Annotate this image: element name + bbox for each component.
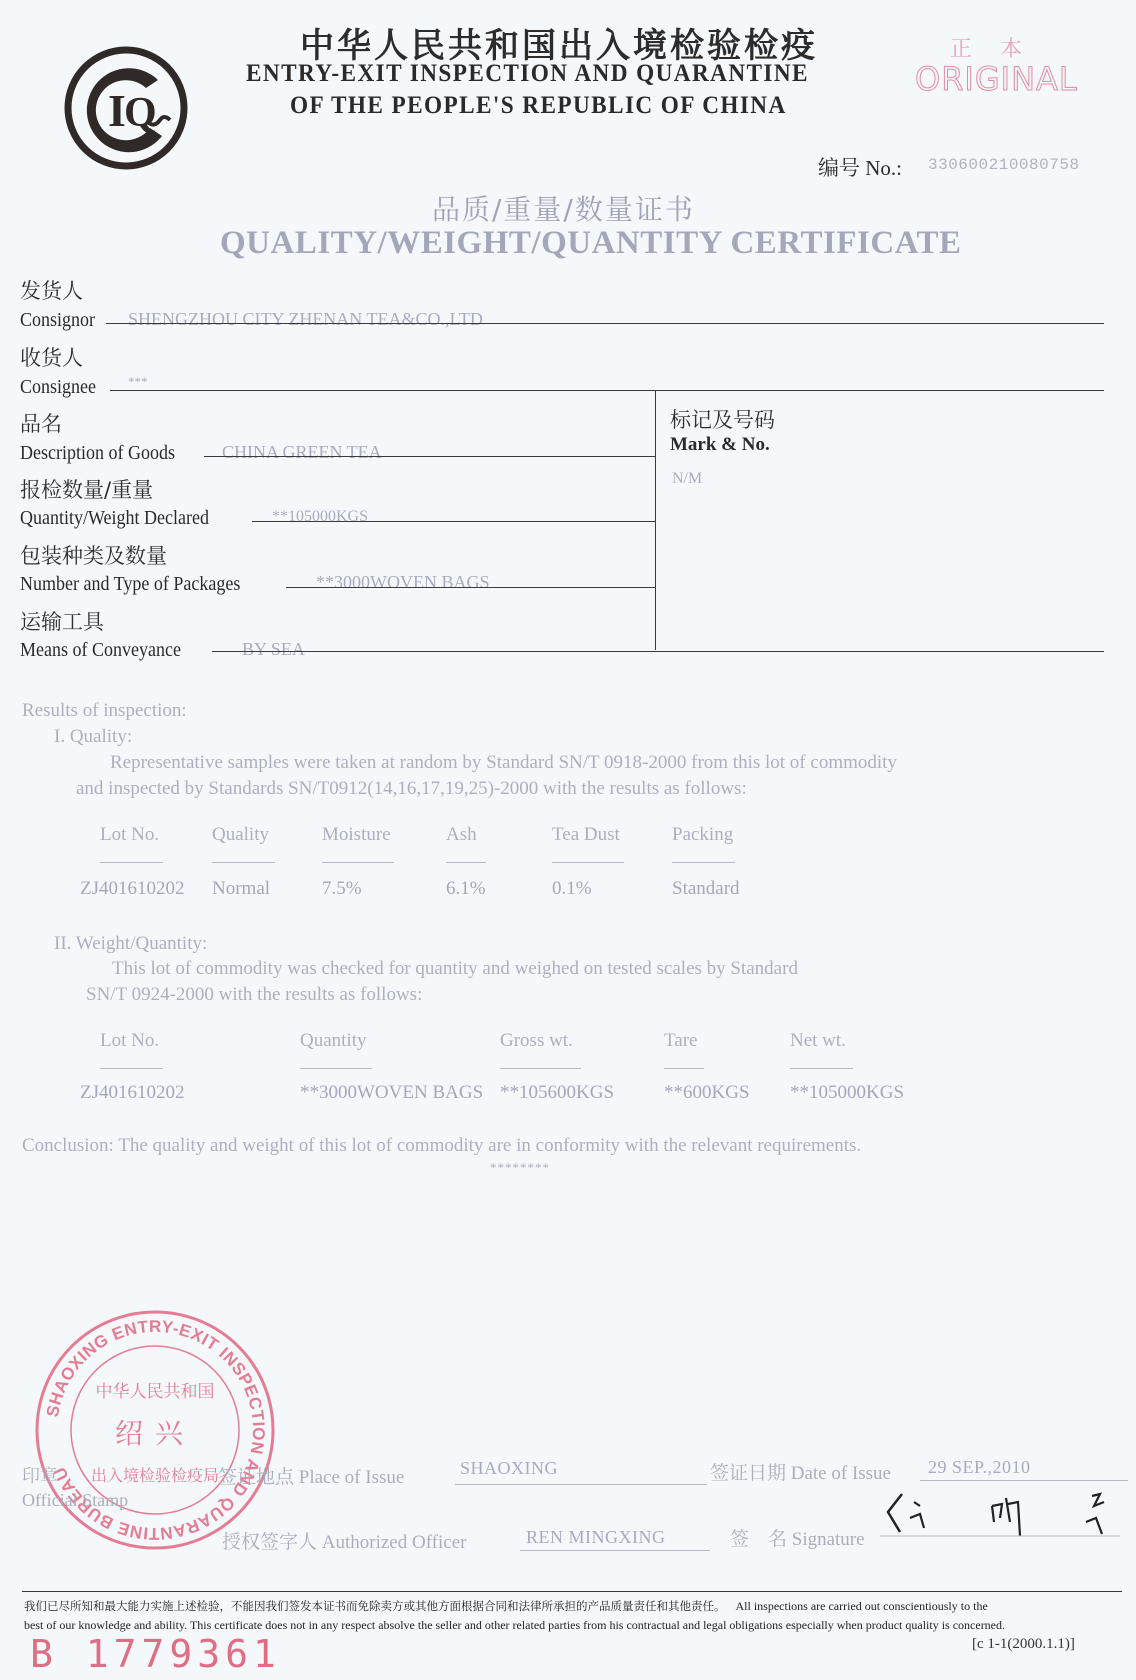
weight-heading: II. Weight/Quantity:: [54, 933, 207, 955]
official-stamp-label-en: Official Stamp: [22, 1490, 128, 1511]
table-cell: Standard: [672, 878, 740, 900]
table-cell: ZJ401610202: [80, 1082, 185, 1104]
svg-text:出入境检验检疫局: 出入境检验检疫局: [91, 1466, 219, 1485]
signature-label: 签 名 Signature: [730, 1524, 865, 1551]
official-stamp-label-cn: 印章: [22, 1462, 58, 1488]
table-header: Lot No.: [100, 824, 159, 846]
certificate-title-cn: 品质/重量/数量证书: [432, 188, 695, 228]
svg-text:中华人民共和国: 中华人民共和国: [96, 1382, 215, 1402]
disclaimer-line1: 我们已尽所知和最大能力实施上述检验，不能因我们签发本证书而免除卖方或其他方面根据…: [24, 1597, 988, 1615]
weight-text-line1: This lot of commodity was checked for qu…: [112, 958, 798, 980]
date-of-issue-label: 签证日期 Date of Issue: [710, 1458, 891, 1485]
conclusion-text: Conclusion: The quality and weight of th…: [22, 1135, 861, 1157]
form-code: [c 1-1(2000.1.1)]: [972, 1636, 1075, 1653]
authorized-officer-value: REN MINGXING: [526, 1527, 666, 1548]
end-marker: ********: [490, 1160, 550, 1176]
table-cell: ZJ401610202: [80, 878, 185, 900]
packages-value: **3000WOVEN BAGS: [316, 572, 490, 593]
consignee-value: ***: [128, 374, 148, 390]
table-header: Moisture: [322, 824, 391, 846]
table-header: Gross wt.: [500, 1030, 573, 1052]
consignor-label-en: Consignor: [20, 309, 95, 332]
official-seal-stamp: SHAOXING ENTRY-EXIT INSPECTION AND QUARA…: [30, 1305, 280, 1555]
table-cell: **105600KGS: [500, 1082, 614, 1104]
weight-text-line2: SN/T 0924-2000 with the results as follo…: [86, 984, 422, 1006]
quantity-declared-label-cn: 报检数量/重量: [20, 474, 153, 504]
conveyance-label-en: Means of Conveyance: [20, 639, 181, 662]
mark-label-en: Mark & No.: [670, 434, 770, 456]
place-of-issue-label: 签证地点 Place of Issue: [218, 1462, 404, 1489]
svg-text:绍兴: 绍兴: [115, 1417, 195, 1450]
consignor-label-cn: 发货人: [20, 275, 83, 305]
table-cell: **105000KGS: [790, 1082, 904, 1104]
certificate-title-en: QUALITY/WEIGHT/QUANTITY CERTIFICATE: [220, 225, 962, 262]
results-heading: Results of inspection:: [22, 700, 187, 722]
table-cell: **3000WOVEN BAGS: [300, 1082, 483, 1104]
quality-heading: I. Quality:: [54, 726, 132, 748]
disclaimer-line2: best of our knowledge and ability. This …: [24, 1618, 1005, 1633]
description-label-en: Description of Goods: [20, 442, 175, 465]
description-label-cn: 品名: [20, 408, 62, 438]
table-header: Lot No.: [100, 1030, 159, 1052]
quantity-declared-value: **105000KGS: [272, 508, 368, 526]
mark-label-cn: 标记及号码: [670, 404, 775, 434]
consignee-label-en: Consignee: [20, 376, 96, 399]
authorized-officer-label: 授权签字人 Authorized Officer: [222, 1527, 466, 1554]
table-header: Net wt.: [790, 1030, 846, 1052]
quality-text-line1: Representative samples were taken at ran…: [110, 752, 897, 774]
table-cell: 7.5%: [322, 878, 362, 900]
table-header: Packing: [672, 824, 733, 846]
table-cell: Normal: [212, 878, 270, 900]
table-cell: **600KGS: [664, 1082, 750, 1104]
description-value: CHINA GREEN TEA: [222, 442, 382, 463]
packages-label-cn: 包装种类及数量: [20, 540, 167, 570]
consignee-label-cn: 收货人: [20, 342, 83, 372]
quality-text-line2: and inspected by Standards SN/T0912(14,1…: [76, 778, 747, 800]
handwritten-signature: [880, 1488, 1120, 1538]
certificate-number-label: 编号 No.:: [818, 152, 902, 182]
table-header: Ash: [446, 824, 477, 846]
conveyance-value: BY SEA: [242, 639, 305, 660]
date-of-issue-value: 29 SEP.,2010: [928, 1457, 1031, 1478]
table-header: Tare: [664, 1030, 697, 1052]
consignor-value: SHENGZHOU CITY ZHENAN TEA&CO.,LTD: [128, 309, 483, 330]
original-stamp-en: ORIGINAL: [915, 60, 1078, 98]
original-stamp-cn: 正本: [950, 32, 1050, 63]
place-of-issue-value: SHAOXING: [460, 1458, 558, 1479]
conveyance-label-cn: 运输工具: [20, 606, 104, 636]
agency-title-en-line1: ENTRY-EXIT INSPECTION AND QUARANTINE: [246, 60, 809, 88]
table-header: Tea Dust: [552, 824, 620, 846]
packages-label-en: Number and Type of Packages: [20, 573, 240, 596]
ciq-emblem-icon: I Q: [62, 44, 190, 172]
table-cell: 0.1%: [552, 878, 592, 900]
quantity-declared-label-en: Quantity/Weight Declared: [20, 507, 209, 530]
table-header: Quality: [212, 824, 269, 846]
svg-text:Q: Q: [124, 90, 157, 136]
agency-title-en-line2: OF THE PEOPLE'S REPUBLIC OF CHINA: [290, 92, 787, 120]
serial-number: B 1779361: [30, 1632, 281, 1676]
certificate-number-value: 330600210080758: [928, 156, 1080, 174]
table-header: Quantity: [300, 1030, 367, 1052]
mark-value: N/M: [672, 470, 702, 488]
table-cell: 6.1%: [446, 878, 486, 900]
